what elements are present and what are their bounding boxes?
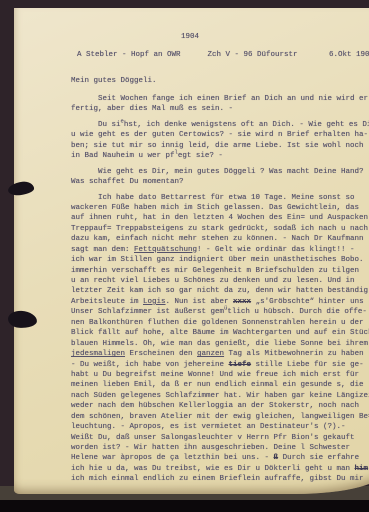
letter-paragraph: Du siehst, ich denke wenigstens oft an D… [71, 120, 369, 162]
letter-line: Seit Wochen fange ich einen Brief an Dic… [71, 94, 369, 104]
letter-line: auf ihnen ruht, hat in den letzten 4 Woc… [71, 213, 369, 223]
letter-line: Treppauf= Treppabsteigens zu stark gedrü… [71, 224, 369, 234]
letter-line: habt u Du begreifst meine Wonne! Und wie… [71, 370, 369, 380]
page-year: 1904 [181, 32, 199, 42]
letter-line: in Bad Nauheim u wer pflegt sie? - [71, 151, 369, 161]
letter-header-line: A Stebler - Hopf an OWR Zch V - 96 Düfou… [77, 50, 369, 60]
letter-line: blauen Himmels. Oh, wie man das genießt,… [71, 339, 369, 349]
letter-line: ich war im Stillen ganz indigniert über … [71, 255, 369, 265]
photo-bottom-bar [0, 500, 369, 512]
letter-salutation: Mein gutes Döggeli. [71, 76, 157, 86]
letter-line: Weißt Du, daß unser Salongasleuchter v H… [71, 433, 369, 443]
letter-line: fertig, aber dies Mal muß es sein. - [71, 104, 369, 114]
letter-line: u wie geht es der guten Certowics? - sie… [71, 130, 369, 140]
letter-line: nach Süden gelegenes Schlafzimmer hat. W… [71, 391, 369, 401]
letter-line: meinen lieben Emil, da ß er nun endlich … [71, 380, 369, 390]
letter-paragraph: Ich habe dato Bettarrest für etwa 10 Tag… [71, 193, 369, 485]
letter-line: ich mich einmal endlich zu einem Briefle… [71, 474, 369, 484]
letter-line: leuchtung. - Apropos, es ist vermietet a… [71, 422, 369, 432]
letter-line: jedesmaligen Erscheinen den ganzen Tag a… [71, 349, 369, 359]
letter-paragraph: Wie geht es Dir, mein gutes Döggeli ? Wa… [71, 167, 369, 188]
letter-line: weder nach dem hübschen Kellerloggia an … [71, 401, 369, 411]
letter-line: Unser Schlafzimmer ist äußerst gemütlich… [71, 307, 369, 317]
letter-line: - Du weißt, ich habe von jehereine tiefe… [71, 360, 369, 370]
letter-line: dazu kam, einfach nicht mehr stehen zu k… [71, 234, 369, 244]
letter-line: Du siehst, ich denke wenigstens oft an D… [71, 120, 369, 130]
letter-line: worden ist? - Wir hatten ihn ausgeschrie… [71, 443, 369, 453]
letter-line: Ich habe dato Bettarrest für etwa 10 Tag… [71, 193, 369, 203]
letter-line: ich hie u da, was Du treibst, wie es Dir… [71, 464, 369, 474]
letter-line: Arbeitsleute im Logis. Nun ist aber xxxx… [71, 297, 369, 307]
letter-paper: 1904 A Stebler - Hopf an OWR Zch V - 96 … [14, 8, 369, 494]
letter-line: Helene war àpropos de ça letzthin bei un… [71, 453, 369, 463]
letter-line: u an recht viel Liebes u Schönes zu denk… [71, 276, 369, 286]
letter-line: dem schönen, braven Atelier mit der ewig… [71, 412, 369, 422]
letter-line: nen Balkonthüren fluthen die goldenen So… [71, 318, 369, 328]
letter-line: sagt man dem: Fettquätschung! - Gelt wie… [71, 245, 369, 255]
letter-paragraph: Seit Wochen fange ich einen Brief an Dic… [71, 94, 369, 115]
photo-frame: 1904 A Stebler - Hopf an OWR Zch V - 96 … [0, 0, 369, 512]
letter-line: immerhin verschafft es mir Gelegenheit m… [71, 266, 369, 276]
letter-line: Was schaffet Du momentan? [71, 177, 369, 187]
letter-line: letzter Zeit kam ich so gar nicht da zu,… [71, 286, 369, 296]
letter-line: Blick fällt auf hohe, alte Bäume im Wach… [71, 328, 369, 338]
letter-line: wackeren Füße haben mich im Stich gelass… [71, 203, 369, 213]
letter-line: ben; sie tut mir so innig leid, die arme… [71, 141, 369, 151]
letter-line: Wie geht es Dir, mein gutes Döggeli ? Wa… [71, 167, 369, 177]
letter-body: Seit Wochen fange ich einen Brief an Dic… [71, 94, 369, 490]
